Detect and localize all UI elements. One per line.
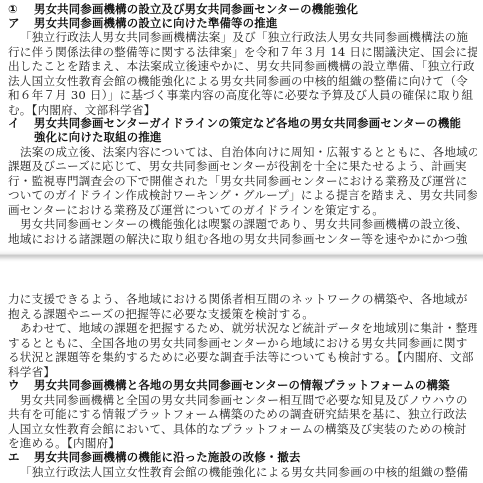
body-line: するとともに、全国各地の男女共同参画センターから地域における男女共同参画に関す <box>8 336 477 350</box>
subsection-marker: エ <box>8 450 34 464</box>
body-line: 人国立女性教育会館において、具体的なプラットフォームの構築及び実装のための検討 <box>8 422 477 436</box>
body-line: 画センターにおける業務及び運営についてのガイドラインを策定する。 <box>8 203 477 217</box>
body-line: 「独立行政法人男女共同参画機構法案」及び「独立行政法人男女共同参画機構法の施 <box>8 30 477 44</box>
body-line: 科学省】 <box>8 365 477 379</box>
subsection-heading-i: イ男女共同参画センターガイドラインの策定など各地の男女共同参画センターの機能 <box>8 116 477 130</box>
subsection-heading-i-cont: 強化に向けた取組の推進 <box>34 130 477 144</box>
body-line: 法人国立女性教育会館の機能強化による男女共同参画の中核的組織の整備に向けて（令 <box>8 74 477 88</box>
subsection-marker: イ <box>8 116 34 130</box>
subsection-heading-e: エ男女共同参画機構の機能に沿った施設の改修・撤去 <box>8 450 477 464</box>
page-divider <box>0 250 483 262</box>
subsection-marker: ウ <box>8 378 34 392</box>
body-line: 出したことを踏まえ、本法案成立後速やかに、男女共同参画機構の設立準備、「独立行政 <box>8 59 477 73</box>
body-line: 抱える課題やニーズの把握等に必要な支援策を検討する。 <box>8 307 477 321</box>
body-line: 和６年７月 30 日）」に基づく事業内容の高度化等に必要な予算及び人員の確保に取… <box>8 88 477 102</box>
subsection-heading-a: ア男女共同参画機構の設立に向けた準備等の推進 <box>8 16 477 30</box>
body-line: 男女共同参画機構と全国の男女共同参画センター相互間で必要な知見及びノウハウの <box>8 393 477 407</box>
body-line: 男女共同参画センターの機能強化は喫緊の課題であり、男女共同参画機構の設立後、 <box>8 217 477 231</box>
body-line: 共有を可能にする情報プラットフォーム構築のための調査研究結果を基に、独立行政法 <box>8 407 477 421</box>
document-page-top: ①男女共同参画機構の設立及び男女共同参画センターの機能強化 ア男女共同参画機構の… <box>0 0 483 250</box>
body-line: 「独立行政法人国立女性教育会館の機能強化による男女共同参画の中核的組織の整備 <box>8 465 477 479</box>
body-line: 法案の成立後、法案内容については、自治体向けに周知・広報するとともに、各地域の <box>8 145 477 159</box>
body-line: を進める。【内閣府】 <box>8 436 477 450</box>
body-line: る状況と課題等を集約するために必要な調査手法等についても検討する。【内閣府、文部 <box>8 350 477 364</box>
body-line: 行に伴う関係法律の整備等に関する法律案」を令和７年３月 14 日に閣議決定、国会… <box>8 45 477 59</box>
body-line: む。【内閣府、文部科学省】 <box>8 103 477 117</box>
body-line: あわせて、地域の課題を把握するため、就労状況など統計データを地域別に集計・整理 <box>8 321 477 335</box>
body-line: 行・監視専門調査会の下で開催された「男女共同参画センターにおける業務及び運営に <box>8 174 477 188</box>
section-marker: ① <box>8 2 34 16</box>
subsection-heading-u: ウ男女共同参画機構と各地の男女共同参画センターの情報プラットフォームの構築 <box>8 378 477 392</box>
body-line: 課題及びニーズに応じて、男女共同参画センターが役割を十全に果たせるよう、計画実 <box>8 159 477 173</box>
body-line: 地域における諸課題の解決に取り組む各地の男女共同参画センター等を速やかにかつ強 <box>8 232 477 246</box>
section-heading-1: ①男女共同参画機構の設立及び男女共同参画センターの機能強化 <box>8 2 477 16</box>
document-page-bottom: 力に支援できるよう、各地域における関係者相互間のネットワークの構築や、各地域が … <box>0 262 483 483</box>
subsection-marker: ア <box>8 16 34 30</box>
body-line: 力に支援できるよう、各地域における関係者相互間のネットワークの構築や、各地域が <box>8 292 477 306</box>
body-line: ついてのガイドライン作成検討ワーキング・グループ」による提言を踏まえ、男女共同参 <box>8 188 477 202</box>
